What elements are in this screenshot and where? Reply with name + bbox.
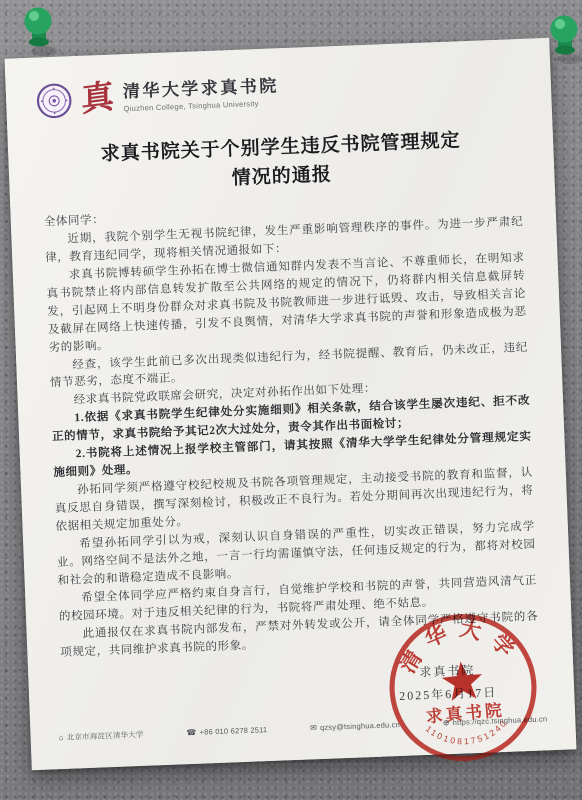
tsinghua-emblem-icon bbox=[36, 82, 73, 119]
footer-address-text: 北京市海淀区清华大学 bbox=[66, 729, 143, 743]
pushpin-top-left bbox=[16, 4, 60, 64]
noticeboard-photo: 真 清华大学求真书院 Qiuzhen College, Tsinghua Uni… bbox=[0, 0, 582, 800]
org-name-en: Qiuzhen College, Tsinghua University bbox=[123, 99, 279, 113]
notice-document: 真 清华大学求真书院 Qiuzhen College, Tsinghua Uni… bbox=[5, 38, 577, 770]
zhen-calligraphy-icon: 真 bbox=[81, 81, 114, 118]
pushpin-top-right bbox=[542, 12, 582, 72]
footer-email-text: qzsy@tsinghua.edu.cn bbox=[320, 720, 400, 732]
seal-star-icon bbox=[440, 660, 484, 702]
footer-address: ⌂ 北京市海淀区清华大学 bbox=[58, 729, 143, 743]
location-icon: ⌂ bbox=[58, 733, 63, 742]
footer-email: ✉ qzsy@tsinghua.edu.cn bbox=[310, 720, 400, 732]
letterhead: 真 清华大学求真书院 Qiuzhen College, Tsinghua Uni… bbox=[5, 38, 552, 121]
org-name-block: 清华大学求真书院 Qiuzhen College, Tsinghua Unive… bbox=[123, 77, 280, 113]
footer-phone: ☎ +86 010 6278 2511 bbox=[186, 725, 267, 737]
official-seal: 清华大学 求真书院 1101081751240 bbox=[380, 605, 545, 770]
phone-icon: ☎ bbox=[186, 728, 197, 737]
email-icon: ✉ bbox=[310, 723, 317, 732]
footer-phone-text: +86 010 6278 2511 bbox=[199, 725, 267, 737]
seal-center-text: 求真书院 bbox=[425, 699, 505, 726]
notice-body: 全体同学： 近期，我院个别学生无视书院纪律，发生严重影响管理秩序的事件。为进一步… bbox=[10, 181, 572, 664]
